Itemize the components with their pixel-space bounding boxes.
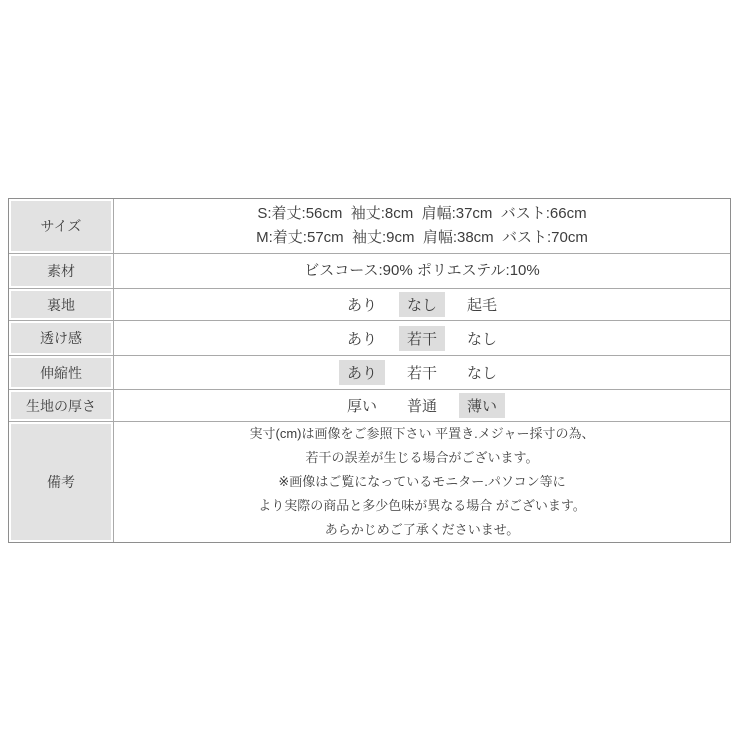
spec-row-stretch: 伸縮性あり若干なし: [9, 356, 730, 390]
row-label-cell: 備考: [9, 422, 114, 542]
row-label-cell: サイズ: [9, 199, 114, 253]
row-value-cell: あり若干なし: [114, 321, 730, 355]
spec-option: 起毛: [459, 292, 505, 317]
row-label: 素材: [11, 256, 111, 286]
spec-row-material: 素材ビスコース:90% ポリエステル:10%: [9, 254, 730, 289]
spec-table: サイズS:着丈:56cm 袖丈:8cm 肩幅:37cm バスト:66cmM:着丈…: [8, 198, 731, 543]
spec-option: なし: [459, 326, 505, 351]
row-value-cell: あり若干なし: [114, 356, 730, 389]
spec-row-lining: 裏地ありなし起毛: [9, 289, 730, 321]
row-value-cell: ありなし起毛: [114, 289, 730, 320]
spec-value-line: ビスコース:90% ポリエステル:10%: [304, 259, 539, 283]
spec-value-line: より実際の商品と多少色味が異なる場合 がございます。: [258, 494, 586, 518]
row-label: 備考: [11, 424, 111, 540]
spec-option-selected: 薄い: [459, 393, 505, 418]
row-label: 裏地: [11, 291, 111, 318]
row-value-cell: 厚い普通薄い: [114, 390, 730, 421]
row-label: サイズ: [11, 201, 111, 251]
spec-options: あり若干なし: [339, 360, 505, 385]
row-label-cell: 素材: [9, 254, 114, 288]
row-label-cell: 生地の厚さ: [9, 390, 114, 421]
spec-option: 普通: [399, 393, 445, 418]
row-value-cell: ビスコース:90% ポリエステル:10%: [114, 254, 730, 288]
row-label: 伸縮性: [11, 358, 111, 387]
spec-option-selected: なし: [399, 292, 445, 317]
spec-option: あり: [339, 326, 385, 351]
spec-option: あり: [339, 292, 385, 317]
spec-row-size: サイズS:着丈:56cm 袖丈:8cm 肩幅:37cm バスト:66cmM:着丈…: [9, 199, 730, 254]
row-label: 透け感: [11, 323, 111, 353]
row-label-cell: 伸縮性: [9, 356, 114, 389]
spec-value-line: S:着丈:56cm 袖丈:8cm 肩幅:37cm バスト:66cm: [257, 202, 586, 226]
spec-row-sheer: 透け感あり若干なし: [9, 321, 730, 356]
spec-row-thickness: 生地の厚さ厚い普通薄い: [9, 390, 730, 422]
spec-option: 若干: [399, 360, 445, 385]
spec-value-line: 若干の誤差が生じる場合がございます。: [306, 446, 539, 470]
spec-options: ありなし起毛: [339, 292, 505, 317]
spec-option-selected: あり: [339, 360, 385, 385]
row-value-cell: 実寸(cm)は画像をご参照下さい 平置き.メジャー採寸の為、若干の誤差が生じる場…: [114, 422, 730, 542]
spec-row-notes: 備考実寸(cm)は画像をご参照下さい 平置き.メジャー採寸の為、若干の誤差が生じ…: [9, 422, 730, 542]
spec-value-line: あらかじめご了承くださいませ。: [325, 518, 520, 542]
spec-option: 厚い: [339, 393, 385, 418]
spec-options: 厚い普通薄い: [339, 393, 505, 418]
spec-option-selected: 若干: [399, 326, 445, 351]
spec-options: あり若干なし: [339, 326, 505, 351]
row-label-cell: 透け感: [9, 321, 114, 355]
spec-value-line: 実寸(cm)は画像をご参照下さい 平置き.メジャー採寸の為、: [250, 422, 595, 446]
spec-value-line: M:着丈:57cm 袖丈:9cm 肩幅:38cm バスト:70cm: [256, 226, 588, 250]
spec-value-line: ※画像はご覧になっているモニター.パソコン等に: [278, 470, 565, 494]
product-spec-page: サイズS:着丈:56cm 袖丈:8cm 肩幅:37cm バスト:66cmM:着丈…: [0, 0, 740, 740]
spec-option: なし: [459, 360, 505, 385]
row-value-cell: S:着丈:56cm 袖丈:8cm 肩幅:37cm バスト:66cmM:着丈:57…: [114, 199, 730, 253]
row-label: 生地の厚さ: [11, 392, 111, 419]
row-label-cell: 裏地: [9, 289, 114, 320]
